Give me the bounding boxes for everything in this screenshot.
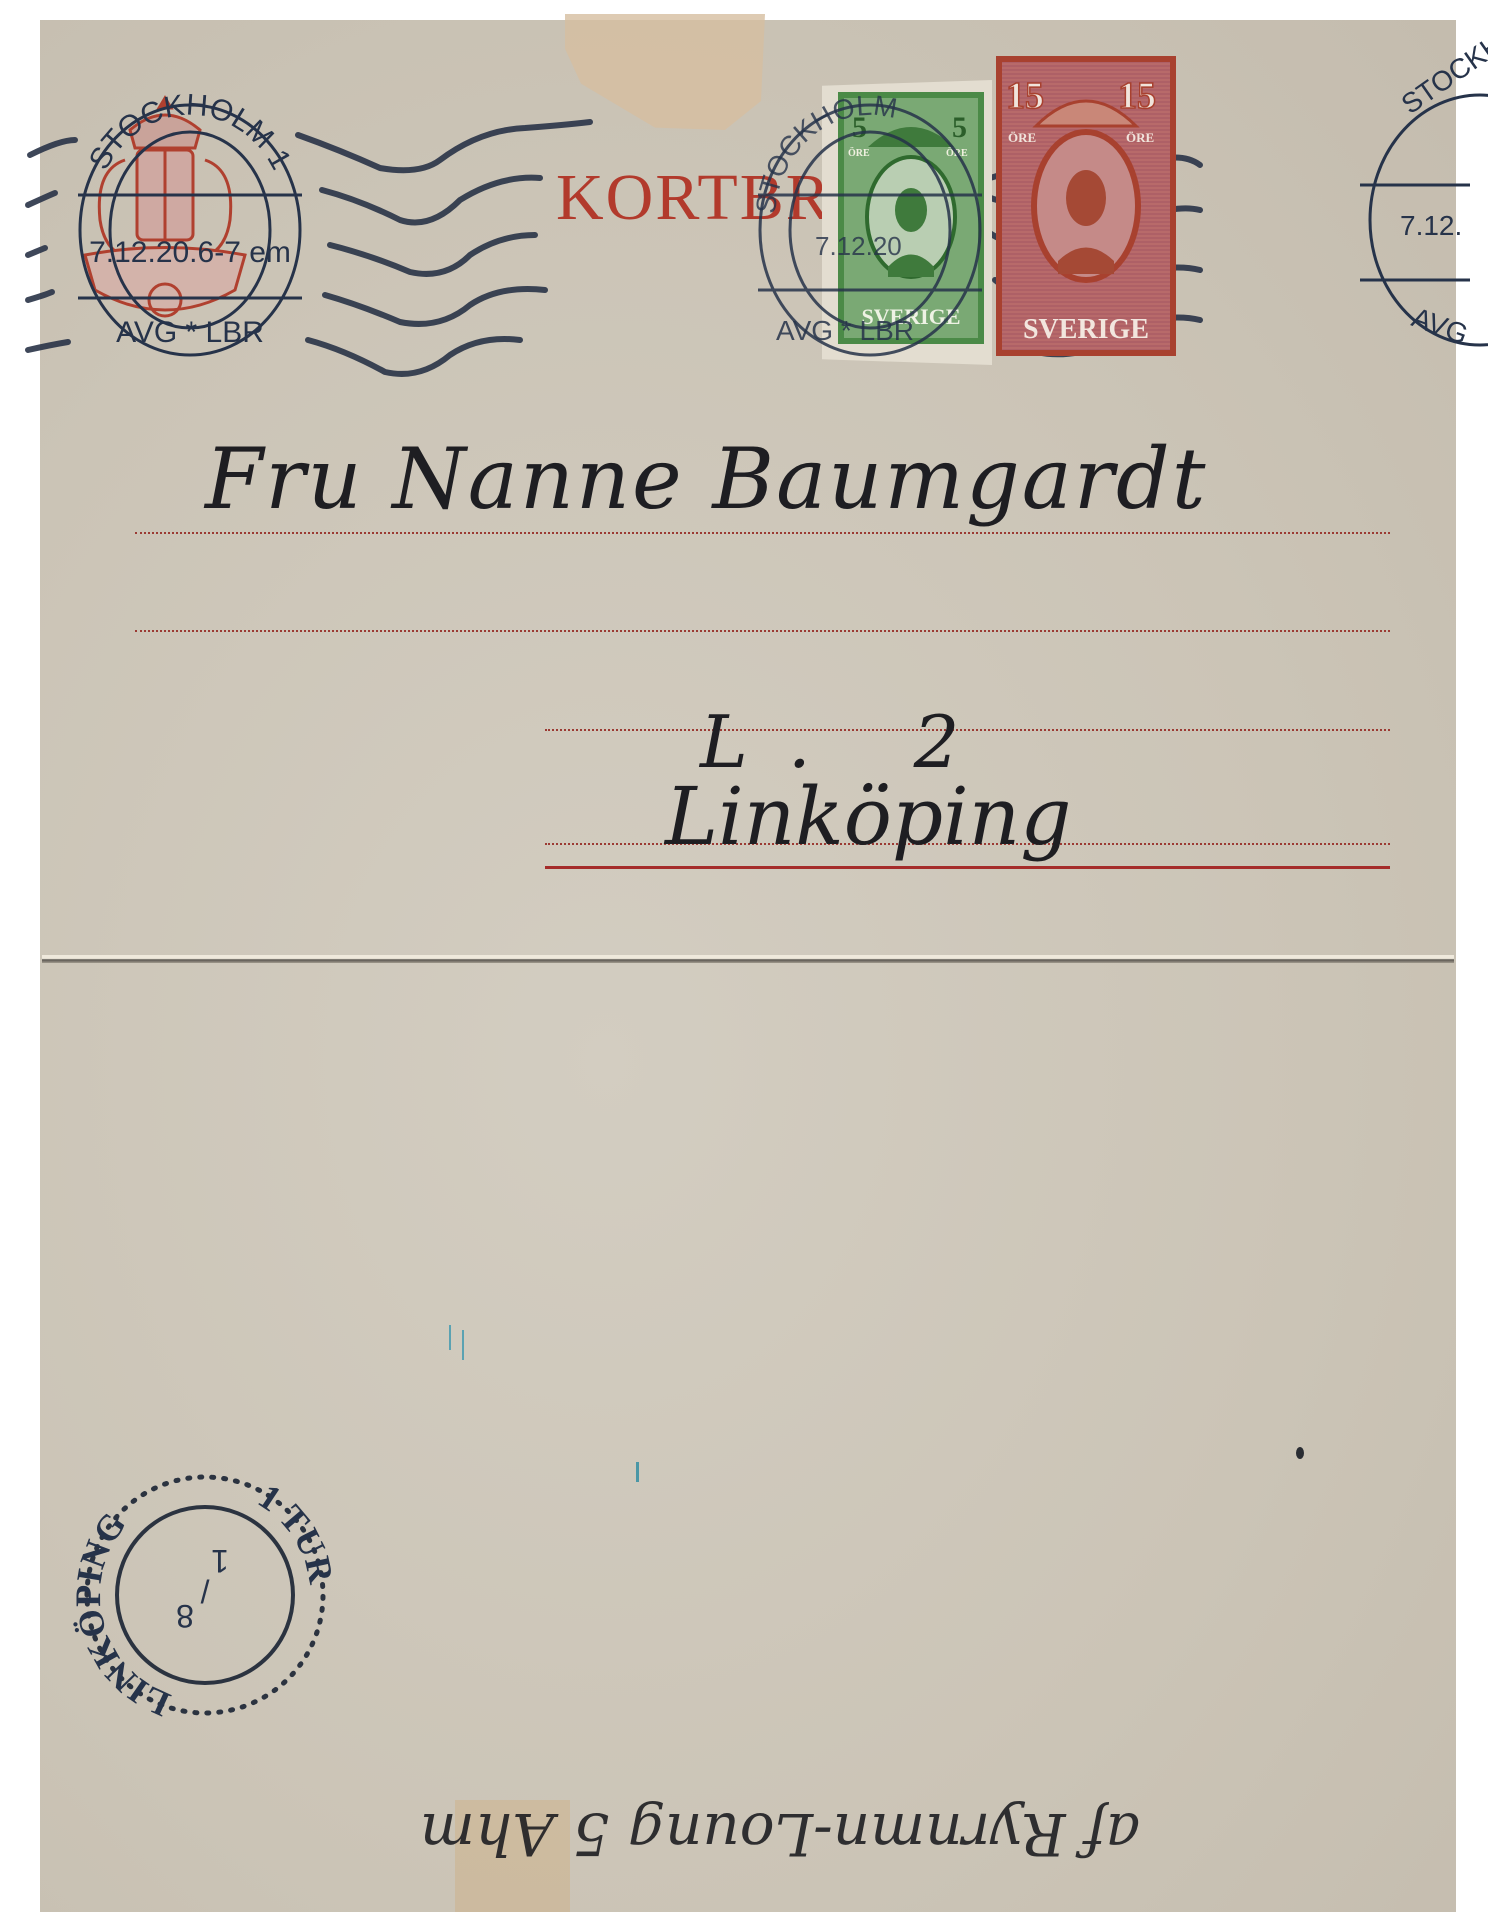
svg-text:/: /: [200, 1573, 209, 1609]
red-stamp-currency-right: ÖRE: [1126, 130, 1154, 145]
postmark-stockholm-right: STOCKHOLM 7.12. AVG: [1330, 70, 1470, 370]
postmark-left-date: 7.12.20.6-7 em: [89, 236, 291, 269]
red-stamp-country: SVERIGE: [1023, 314, 1149, 345]
arrival-city: LINKÖPING: [68, 1505, 176, 1725]
arrival-day: 8: [176, 1598, 194, 1634]
red-15-ore-stamp: 15 15 ÖRE ÖRE SVERIGE: [996, 56, 1176, 356]
address-underline: [545, 866, 1390, 869]
postmark-right-bottom: AVG: [1408, 302, 1472, 351]
svg-text:LINKÖPING: LINKÖPING: [68, 1505, 176, 1725]
address-recipient: Fru Nanne Baumgardt: [205, 430, 1208, 528]
reverse-sender-note: af Ryrnmn-Loung 5 Ahm: [330, 1800, 1230, 1868]
blue-pencil-mark: [462, 1330, 464, 1360]
address-line-2: [135, 630, 1390, 632]
postmark-middle-bottom: AVG * LBR: [776, 315, 914, 346]
postmark-stockholm-middle: STOCKHOLM 7.12.20 AVG * LBR: [720, 80, 1020, 380]
ink-spot: [1296, 1447, 1304, 1459]
bottom-perforation: [40, 1905, 1456, 1919]
address-line-1: [135, 532, 1390, 534]
postmark-left-bottom: AVG * LBR: [116, 316, 264, 349]
red-stamp-value-right: 15: [1118, 75, 1156, 117]
blue-pencil-mark: [636, 1462, 639, 1482]
arrival-month: 1: [211, 1543, 229, 1579]
blue-pencil-mark: [449, 1325, 451, 1350]
postmark-stockholm-left: STOCKHOLM 1 7.12.20.6-7 em AVG * LBR: [50, 80, 330, 380]
address-city: Linköping: [665, 770, 1071, 863]
fold-line: [42, 955, 1454, 963]
postmark-linkoping-arrival: LINKÖPING 1 TUR 8 / 1: [55, 1445, 355, 1745]
postmark-right-date: 7.12.: [1400, 210, 1462, 241]
postmark-middle-date: 7.12.20: [815, 231, 902, 261]
